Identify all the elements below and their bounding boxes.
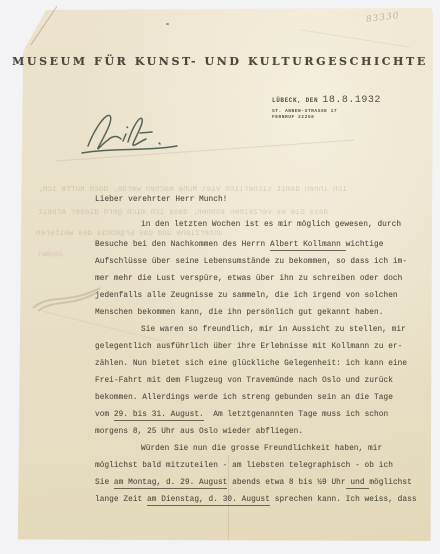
paper-speck [166, 23, 169, 25]
letter-line: Sie am Montag, d. 29. August abends etwa… [95, 479, 412, 487]
pencil-scribble [30, 283, 104, 315]
letter-line: Menschen bekommen kann, die ihn persönli… [95, 309, 383, 317]
letter-line: möglichst bald mitzuteilen - am liebsten… [95, 462, 393, 470]
bleed-through-line: ich Ihnen damit sicherlich viel Mühe mac… [38, 186, 347, 194]
letter-line: Besuche bei den Nachkommen des Herrn Alb… [95, 241, 383, 249]
dateline-place: LÜBECK, DEN [272, 97, 322, 104]
dateline-address: ST. ANNEN-STRASSE 17 [272, 109, 381, 114]
bleed-through-line: dass Sie es verzeihen können, dass ich m… [38, 209, 328, 217]
letter-line: in den letzten Wochen ist es mir möglich… [141, 221, 401, 229]
handwritten-initial [80, 110, 180, 158]
letter-line: Lieber verehrter Herr Munch! [95, 196, 227, 204]
letter-line: Frei-Fahrt mit dem Flugzeug von Travemün… [95, 377, 393, 385]
letter-line: lange Zeit am Dienstag, d. 30. August sp… [95, 496, 417, 504]
bleed-through-fragment: ramini [38, 251, 63, 259]
dateline-place-and-date: LÜBECK, DEN 18.8.1932 [272, 89, 381, 107]
scanned-letter: 83330 MUSEUM FÜR KUNST- UND KULTURGESCHI… [0, 0, 440, 554]
letter-line: gelegentlich ausführlich über ihre Erleb… [95, 343, 402, 351]
dateline-block: LÜBECK, DEN 18.8.1932 ST. ANNEN-STRASSE … [272, 89, 381, 120]
letter-line: mer mehr die Lust verspüre, etwas über i… [95, 275, 402, 283]
letter-line: jedenfalls alle Zeugnisse zu sammeln, di… [95, 292, 398, 300]
letter-line: bekommen. Allerdings werde ich streng ge… [95, 394, 393, 402]
letter-line: vom 29. bis 31. August. Am letztgenannte… [95, 411, 388, 419]
dateline-date: 18.8.1932 [322, 95, 381, 106]
letter-line: Sie waren so freundlich, mir in Aussicht… [141, 326, 406, 334]
dateline-phone: FERNRUF 22256 [272, 115, 381, 120]
letter-line: zählen. Nun bietet sich eine glückliche … [95, 360, 407, 368]
letter-line: Aufschlüsse über seine Lebensumstände zu… [95, 258, 407, 266]
letter-line: morgens 8, 25 Uhr aus Oslo wieder abflie… [95, 428, 303, 436]
letterhead-title: MUSEUM FÜR KUNST- UND KULTURGESCHICHTE [0, 55, 440, 68]
bleed-through-line: unterziehe und das Ergebnis des weiteren [36, 230, 223, 238]
letter-line: Würden Sie nun die grosse Freundlichkeit… [141, 445, 382, 453]
